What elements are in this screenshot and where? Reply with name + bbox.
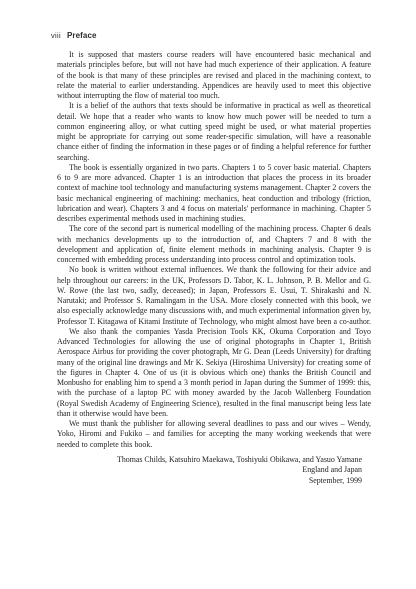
signature-location: England and Japan bbox=[57, 465, 362, 475]
preface-paragraph: The book is essentially organized in two… bbox=[57, 163, 371, 225]
preface-text-block: It is supposed that masters course reade… bbox=[57, 50, 371, 486]
preface-paragraph: No book is written without external infl… bbox=[57, 265, 371, 327]
preface-paragraph: It is supposed that masters course reade… bbox=[57, 50, 371, 101]
preface-paragraph: The core of the second part is numerical… bbox=[57, 224, 371, 265]
running-header-title: Preface bbox=[67, 31, 97, 40]
signature-block: Thomas Childs, Katsuhiro Maekawa, Toshiy… bbox=[57, 455, 371, 486]
preface-paragraph: It is a belief of the authors that texts… bbox=[57, 101, 371, 163]
signature-date: September, 1999 bbox=[57, 476, 362, 486]
signature-authors: Thomas Childs, Katsuhiro Maekawa, Toshiy… bbox=[57, 455, 362, 465]
page-number: viii bbox=[51, 31, 61, 40]
preface-paragraph: We must thank the publisher for allowing… bbox=[57, 419, 371, 450]
book-page: viii Preface It is supposed that masters… bbox=[0, 0, 416, 589]
preface-paragraph: We also thank the companies Yasda Precis… bbox=[57, 327, 371, 419]
running-header: viii Preface bbox=[51, 31, 97, 40]
